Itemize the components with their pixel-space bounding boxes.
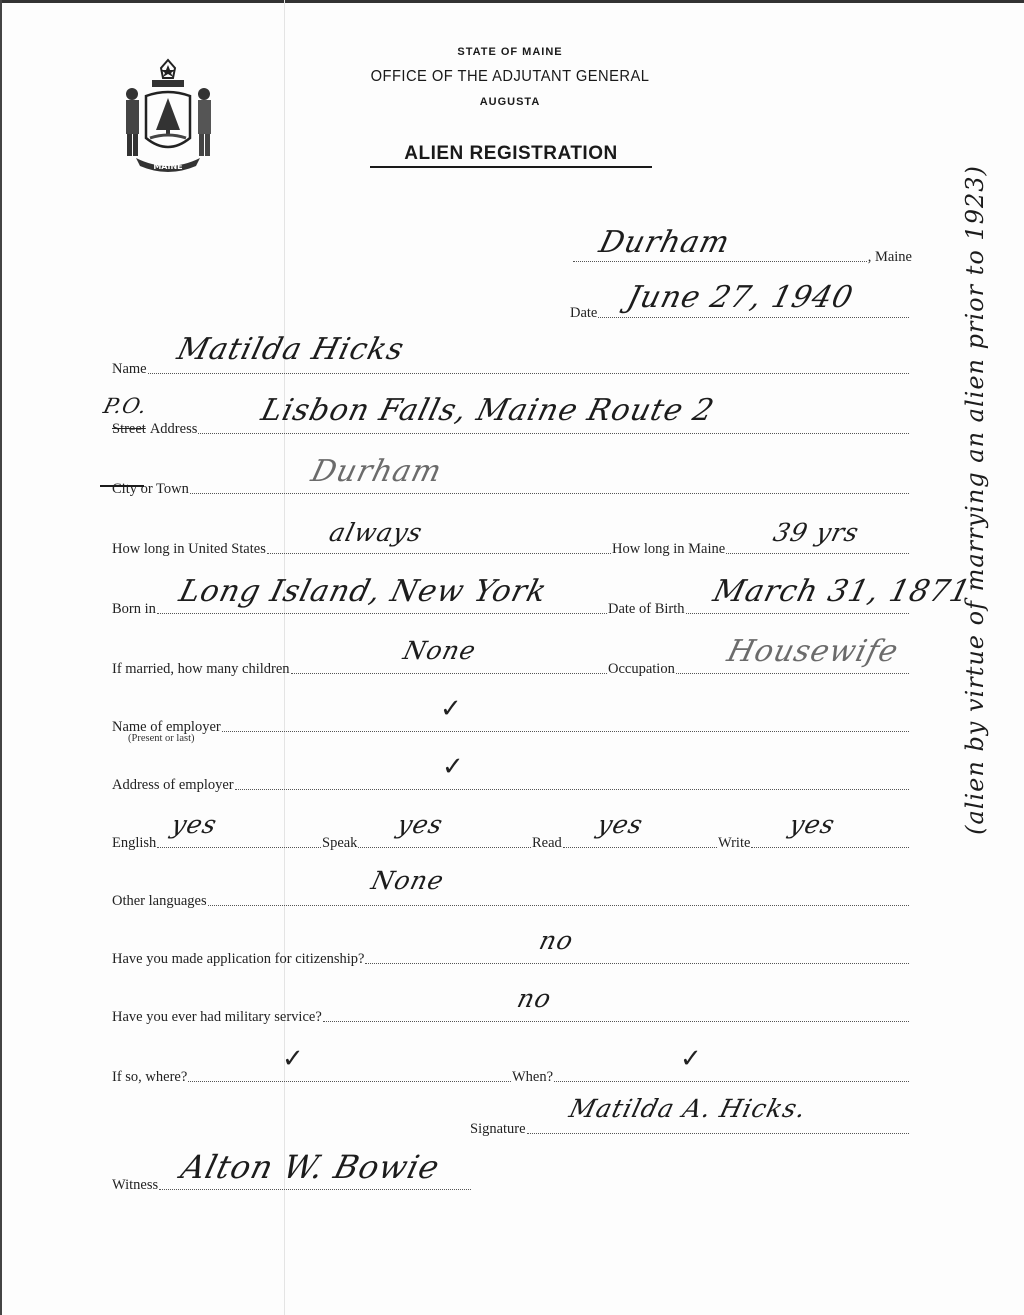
write-label: Write	[718, 835, 750, 852]
employer-name-check-icon: ✓	[440, 694, 462, 724]
military-line: Have you ever had military service?	[112, 1004, 910, 1026]
children-label: If married, how many children	[112, 661, 290, 678]
city-label: City or Town	[112, 481, 189, 498]
svg-text:MAINE: MAINE	[153, 162, 182, 171]
employer-name-line: Name of employer	[112, 714, 910, 736]
margin-note: (alien by virtue of marrying an alien pr…	[961, 165, 989, 835]
dob-label: Date of Birth	[608, 601, 685, 618]
header-state: STATE OF MAINE	[330, 46, 690, 58]
read-value[interactable]: yes	[594, 810, 646, 839]
maine-seal-icon: MAINE	[118, 58, 218, 178]
english-label: English	[112, 835, 156, 852]
when-label: When?	[512, 1069, 553, 1086]
address-label-correction: P.O.	[101, 394, 150, 418]
date-label: Date	[570, 305, 597, 322]
citizenship-line: Have you made application for citizenshi…	[112, 946, 910, 968]
other-languages-line: Other languages	[112, 888, 910, 910]
when-line: When?	[512, 1064, 910, 1086]
page-title: ALIEN REGISTRATION	[370, 143, 652, 168]
other-languages-label: Other languages	[112, 893, 207, 910]
read-label: Read	[532, 835, 562, 852]
born-in-value[interactable]: Long Island, New York	[176, 574, 551, 609]
dob-value[interactable]: March 31, 1871	[710, 574, 975, 609]
how-long-maine-label: How long in Maine	[612, 541, 725, 558]
address-value[interactable]: Lisbon Falls, Maine Route 2	[258, 393, 718, 428]
town-value[interactable]: Durham	[596, 225, 734, 260]
occupation-value[interactable]: Housewife	[724, 634, 903, 669]
scan-edge-top	[0, 0, 1024, 3]
english-line: English	[112, 830, 322, 852]
children-value[interactable]: None	[400, 636, 479, 665]
city-line: City or Town	[112, 476, 910, 498]
name-label: Name	[112, 361, 147, 378]
state-label: , Maine	[868, 249, 912, 266]
other-languages-value[interactable]: None	[368, 866, 447, 895]
witness-value[interactable]: Alton W. Bowie	[177, 1148, 444, 1186]
header-office: OFFICE OF THE ADJUTANT GENERAL	[344, 68, 675, 86]
occupation-label: Occupation	[608, 661, 675, 678]
employer-address-line: Address of employer	[112, 772, 910, 794]
children-line: If married, how many children	[112, 656, 608, 678]
how-long-us-value[interactable]: always	[326, 518, 425, 547]
how-long-maine-line: How long in Maine	[612, 536, 910, 558]
where-line: If so, where?	[112, 1064, 512, 1086]
write-value[interactable]: yes	[786, 810, 838, 839]
how-long-us-label: How long in United States	[112, 541, 266, 558]
header-city: AUGUSTA	[330, 96, 690, 108]
speak-label: Speak	[322, 835, 357, 852]
witness-label: Witness	[112, 1177, 158, 1194]
english-value[interactable]: yes	[168, 810, 220, 839]
when-check-icon: ✓	[680, 1044, 702, 1074]
date-value[interactable]: June 27, 1940	[624, 280, 857, 315]
employer-address-label: Address of employer	[112, 777, 234, 794]
where-label: If so, where?	[112, 1069, 187, 1086]
city-strike	[100, 485, 144, 487]
address-label: Address	[150, 421, 198, 438]
registration-form: MAINE STATE OF MAINE OFFICE OF THE ADJUT…	[0, 0, 1024, 1315]
born-in-label: Born in	[112, 601, 156, 618]
employer-name-sublabel: (Present or last)	[128, 733, 194, 744]
citizenship-label: Have you made application for citizenshi…	[112, 951, 364, 968]
where-check-icon: ✓	[282, 1044, 304, 1074]
address-label-struck: Street	[112, 421, 146, 438]
scan-edge-left	[0, 0, 2, 1315]
military-label: Have you ever had military service?	[112, 1009, 322, 1026]
employer-address-check-icon: ✓	[442, 752, 464, 782]
city-value[interactable]: Durham	[308, 454, 446, 489]
signature-value[interactable]: Matilda A. Hicks.	[566, 1094, 809, 1123]
signature-label: Signature	[470, 1121, 526, 1138]
how-long-maine-value[interactable]: 39 yrs	[770, 518, 862, 547]
speak-value[interactable]: yes	[394, 810, 446, 839]
name-value[interactable]: Matilda Hicks	[174, 332, 408, 367]
